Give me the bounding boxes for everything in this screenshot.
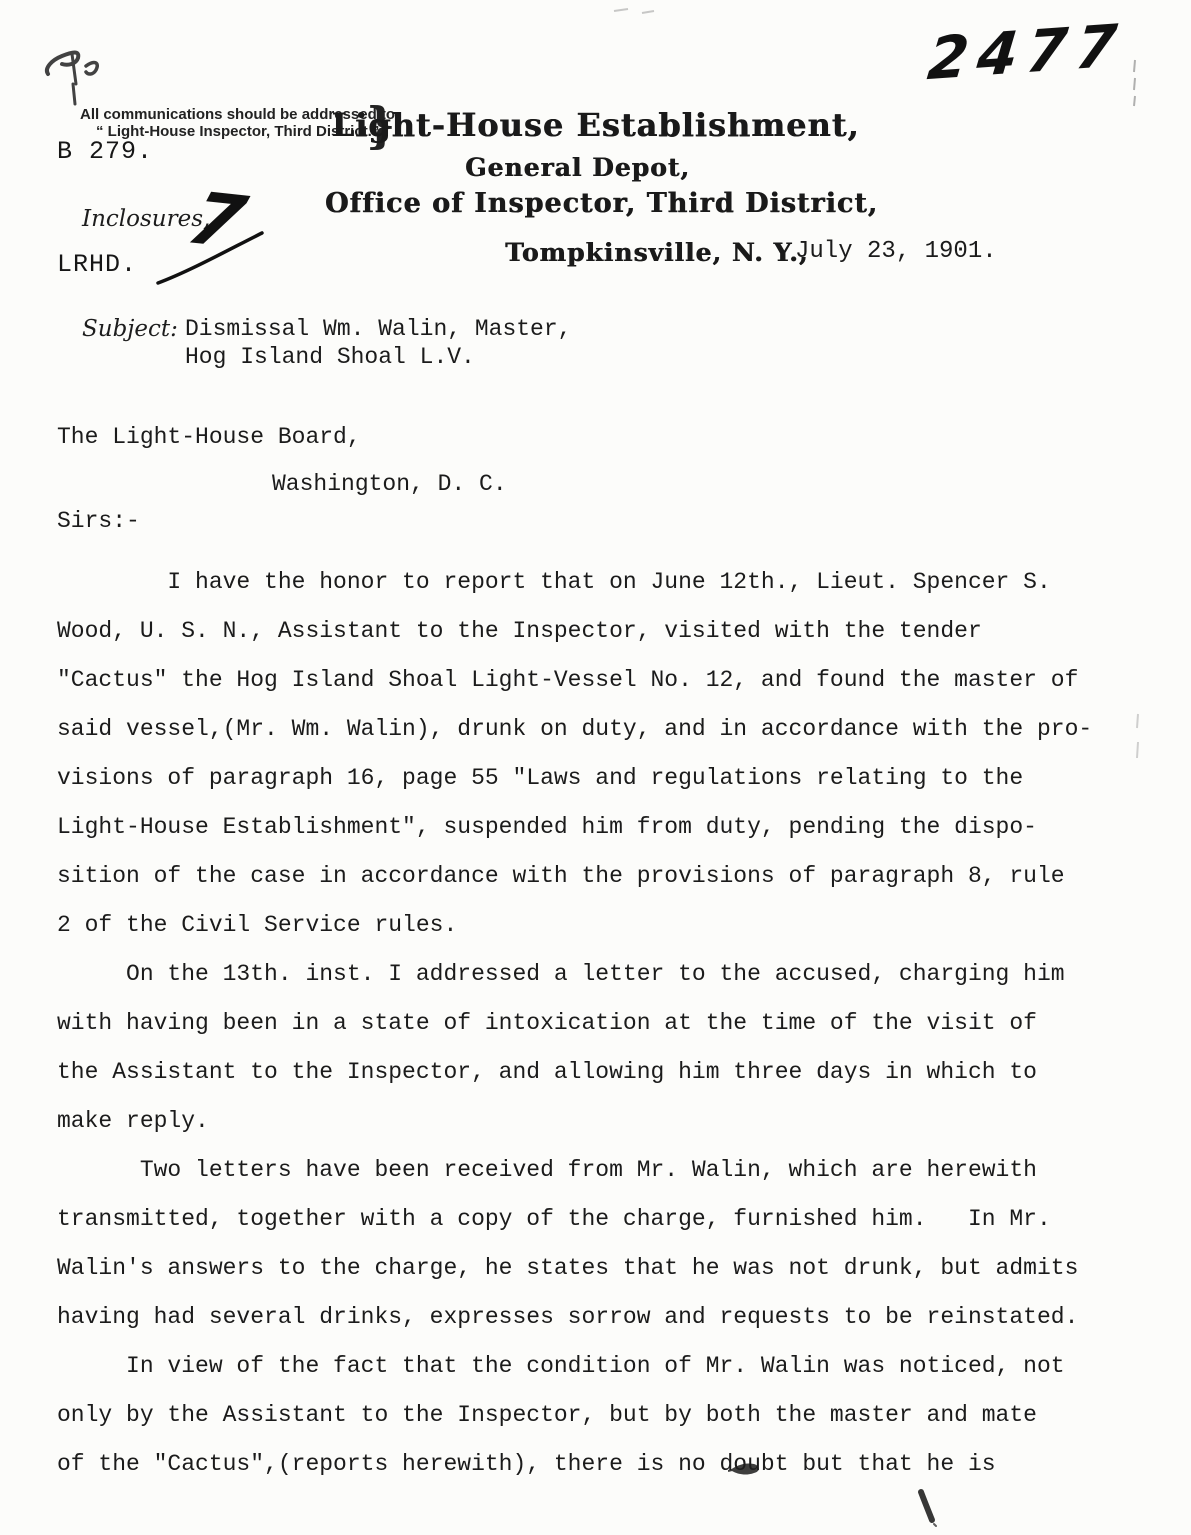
initials: LRHD. (57, 250, 137, 279)
body-line: In view of the fact that the condition o… (57, 1342, 1137, 1391)
body-line: said vessel,(Mr. Wm. Walin), drunk on du… (57, 705, 1137, 754)
salutation: Sirs:- (57, 508, 140, 534)
body-line: the Assistant to the Inspector, and allo… (57, 1048, 1137, 1097)
body-line: sition of the case in accordance with th… (57, 852, 1137, 901)
body-line: On the 13th. inst. I addressed a letter … (57, 950, 1137, 999)
recipient-line2: Washington, D. C. (272, 471, 507, 497)
body-line: only by the Assistant to the Inspector, … (57, 1391, 1137, 1440)
subject-line2: Hog Island Shoal L.V. (185, 344, 475, 370)
letter-date: July 23, 1901. (795, 238, 997, 265)
letterhead-line1: Light-House Establishment, (0, 106, 1191, 144)
body-line: Walin's answers to the charge, he states… (57, 1244, 1137, 1293)
scan-speck-top (612, 5, 672, 17)
body-line: I have the honor to report that on June … (57, 558, 1137, 607)
body-line: Two letters have been received from Mr. … (57, 1146, 1137, 1195)
body-line: 2 of the Civil Service rules. (57, 901, 1137, 950)
ink-smudge-mark (728, 1458, 764, 1480)
body-line: make reply. (57, 1097, 1137, 1146)
recipient-line1: The Light-House Board, (57, 424, 361, 450)
body-line: of the "Cactus",(reports herewith), ther… (57, 1440, 1137, 1489)
body-line: transmitted, together with a copy of the… (57, 1195, 1137, 1244)
body-line: with having been in a state of intoxicat… (57, 999, 1137, 1048)
letterhead-line2: General Depot, (0, 153, 1173, 182)
body-line: Wood, U. S. N., Assistant to the Inspect… (57, 607, 1137, 656)
handwritten-page-number: 2477 (925, 11, 1129, 93)
ink-stroke-mark (915, 1488, 937, 1528)
margin-tick-mark-top (1130, 58, 1140, 108)
scanned-letter-page: All communications should be addressed t… (0, 0, 1191, 1535)
body-line: having had several drinks, expresses sor… (57, 1293, 1137, 1342)
body-line: "Cactus" the Hog Island Shoal Light-Vess… (57, 656, 1137, 705)
subject-label: Subject: (82, 316, 178, 342)
letterhead-place: Tompkinsville, N. Y., (505, 238, 808, 267)
letter-body: I have the honor to report that on June … (57, 558, 1137, 1489)
margin-tick-mark-mid (1133, 712, 1143, 762)
body-line: Light-House Establishment", suspended hi… (57, 803, 1137, 852)
body-line: visions of paragraph 16, page 55 "Laws a… (57, 754, 1137, 803)
subject-line1: Dismissal Wm. Walin, Master, (185, 316, 571, 342)
handwritten-slash-mark (150, 225, 270, 290)
